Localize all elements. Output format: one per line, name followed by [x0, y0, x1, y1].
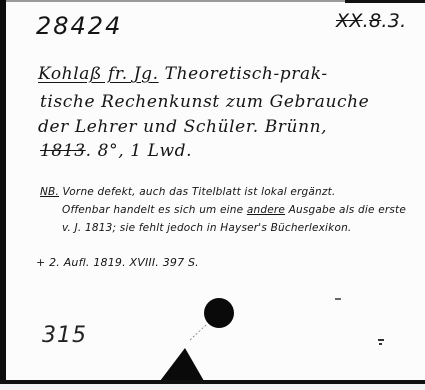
scan-blot-circle — [204, 298, 234, 328]
scan-bottom-margin — [0, 384, 425, 390]
scan-artifacts — [0, 0, 425, 390]
scan-triangle-mark — [160, 348, 204, 381]
scan-frame: 28424 XX.8.3. Kohlaß fr. Jg. Theoretisch… — [0, 0, 425, 390]
